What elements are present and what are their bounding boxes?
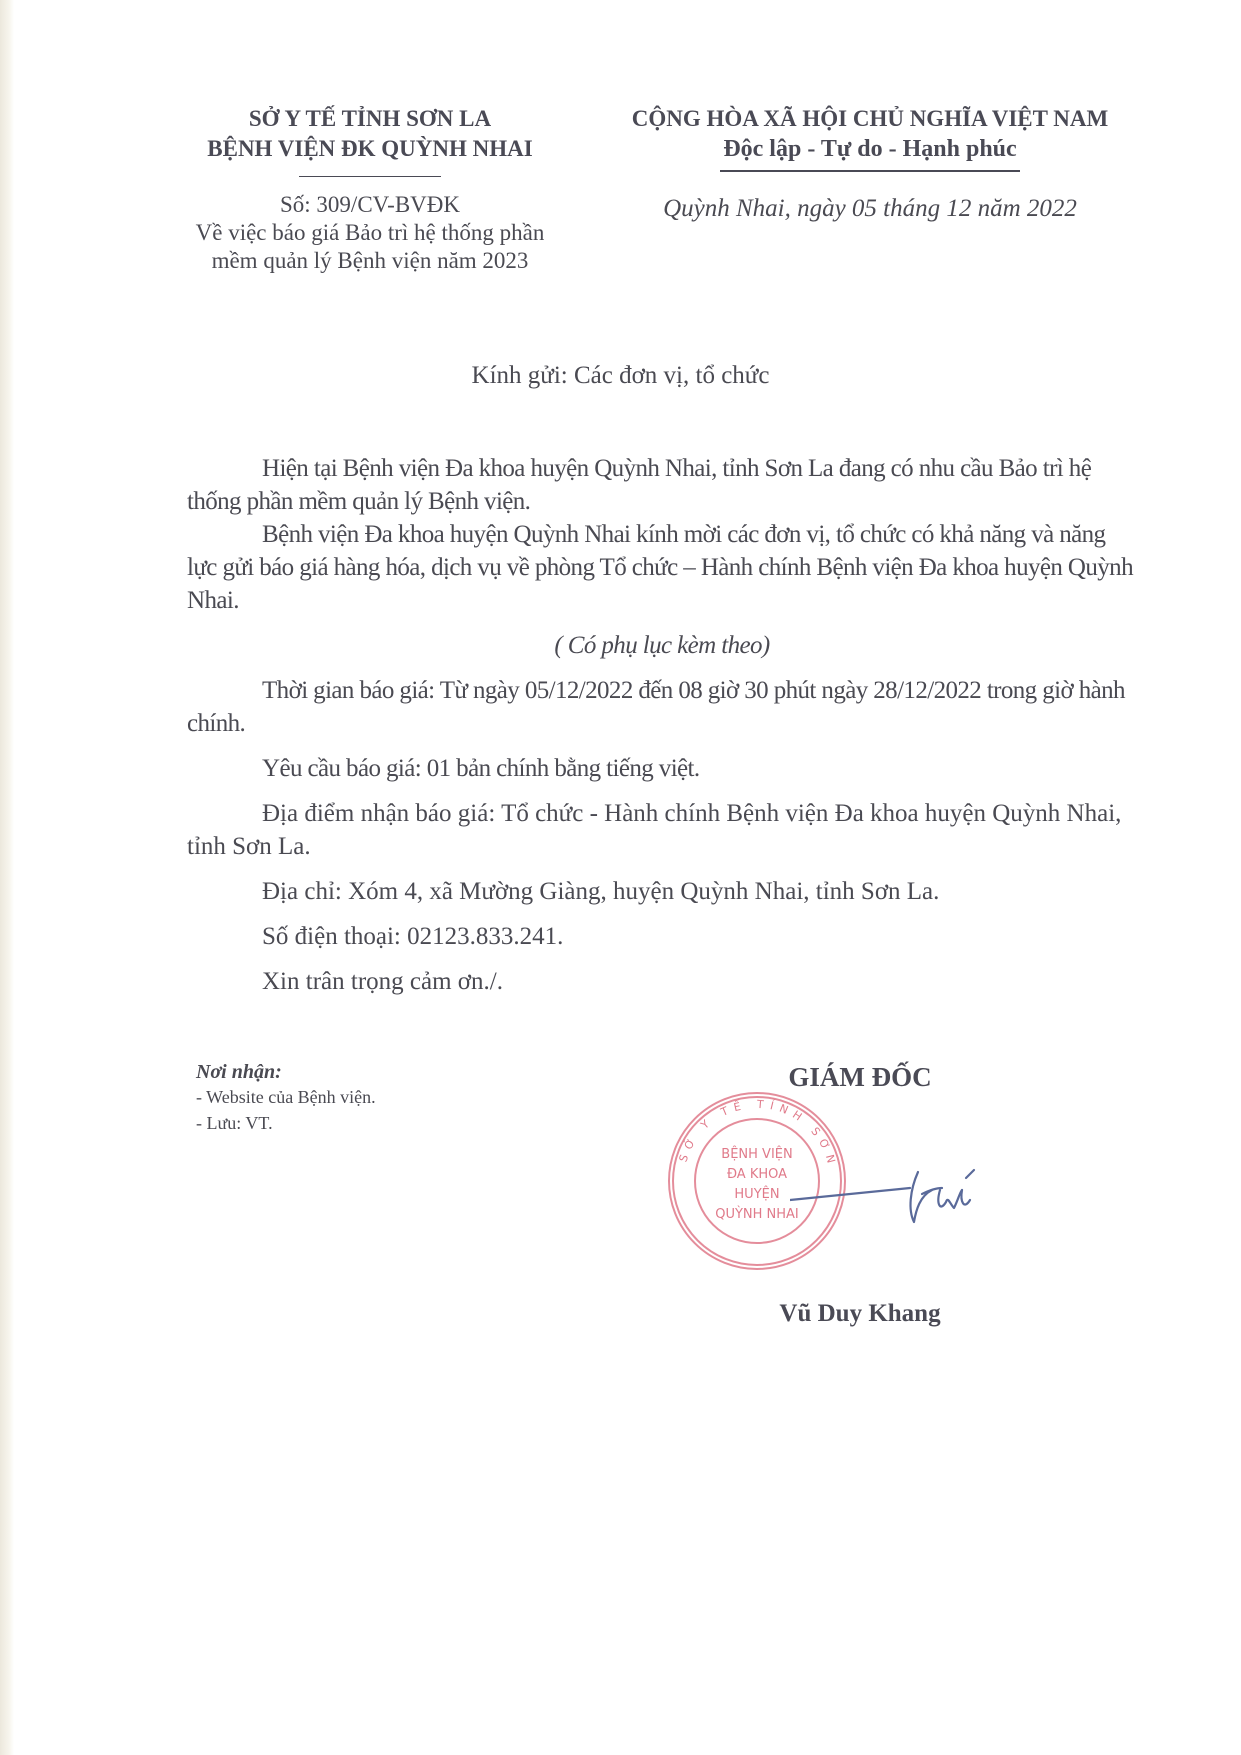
stamp-line: QUỲNH NHAI xyxy=(715,1206,799,1222)
distribution-title: Nơi nhận: xyxy=(196,1060,556,1084)
quote-requirement: Yêu cầu báo giá: 01 bản chính bằng tiếng… xyxy=(187,752,1137,785)
appendix-note: ( Có phụ lục kèm theo) xyxy=(187,629,1137,662)
issuing-agency-header: SỞ Y TẾ TỈNH SƠN LA BỆNH VIỆN ĐK QUỲNH N… xyxy=(170,104,570,275)
quote-time: Thời gian báo giá: Từ ngày 05/12/2022 đế… xyxy=(187,674,1137,740)
header-divider xyxy=(299,176,441,177)
paragraph-invitation: Bệnh viện Đa khoa huyện Quỳnh Nhai kính … xyxy=(187,518,1137,617)
department-name: SỞ Y TẾ TỈNH SƠN LA xyxy=(170,104,570,134)
stamp-line: BỆNH VIỆN xyxy=(721,1146,792,1162)
signer-name: Vũ Duy Khang xyxy=(700,1300,1020,1328)
distribution-item: - Website của Bệnh viện. xyxy=(196,1084,556,1110)
motto-divider xyxy=(720,170,1020,172)
scan-edge xyxy=(0,0,14,1755)
subject-line-2: mềm quản lý Bệnh viện năm 2023 xyxy=(170,247,570,275)
subject-line-1: Về việc báo giá Bảo trì hệ thống phần xyxy=(170,219,570,247)
distribution-item: - Lưu: VT. xyxy=(196,1110,556,1136)
letter-body: Hiện tại Bệnh viện Đa khoa huyện Quỳnh N… xyxy=(187,452,1137,998)
stamp-line: HUYỆN xyxy=(734,1186,779,1202)
place-date: Quỳnh Nhai, ngày 05 tháng 12 năm 2022 xyxy=(600,194,1140,224)
paragraph-need: Hiện tại Bệnh viện Đa khoa huyện Quỳnh N… xyxy=(187,452,1137,518)
distribution-list: Nơi nhận: - Website của Bệnh viện. - Lưu… xyxy=(196,1060,556,1136)
address: Địa chỉ: Xóm 4, xã Mường Giàng, huyện Qu… xyxy=(187,875,1137,908)
nation-name: CỘNG HÒA XÃ HỘI CHỦ NGHĨA VIỆT NAM xyxy=(600,104,1140,134)
stamp-line: ĐA KHOA xyxy=(727,1167,787,1182)
closing-line: Xin trân trọng cảm ơn./. xyxy=(187,965,1137,998)
national-motto: Độc lập - Tự do - Hạnh phúc xyxy=(600,134,1140,164)
recipient-line: Kính gửi: Các đơn vị, tổ chức xyxy=(0,362,1241,390)
hospital-name: BỆNH VIỆN ĐK QUỲNH NHAI xyxy=(170,134,570,164)
quote-location: Địa điểm nhận báo giá: Tổ chức - Hành ch… xyxy=(187,797,1137,863)
national-header: CỘNG HÒA XÃ HỘI CHỦ NGHĨA VIỆT NAM Độc l… xyxy=(600,104,1140,224)
handwritten-signature-icon xyxy=(790,1160,1010,1230)
document-number: Số: 309/CV-BVĐK xyxy=(170,191,570,219)
phone-number: Số điện thoại: 02123.833.241. xyxy=(187,920,1137,953)
